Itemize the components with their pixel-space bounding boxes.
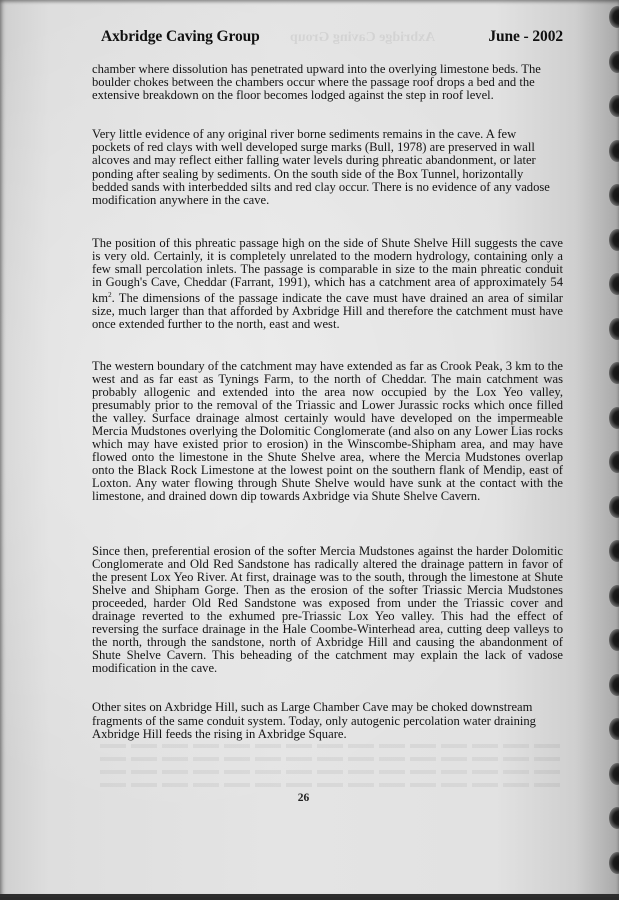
binding-hole-icon [609,95,619,117]
binding-hole-icon [609,763,619,785]
binding-hole-icon [609,6,619,28]
binding-hole-icon [609,540,619,562]
binding-hole-icon [609,273,619,295]
paragraph-text: . The dimensions of the passage indicate… [92,291,563,331]
binding-hole-icon [609,585,619,607]
page-bottom-edge [0,894,619,897]
article-body: chamber where dissolution has penetrated… [92,63,563,741]
bleed-through-line [100,783,560,787]
spiral-binding-icon [601,0,619,900]
binding-hole-icon [609,451,619,473]
binding-hole-icon [609,852,619,874]
paragraph: chamber where dissolution has penetrated… [92,63,552,102]
bleed-through-line [100,770,560,774]
binding-hole-icon [609,496,619,518]
binding-hole-icon [609,140,619,162]
binding-hole-icon [609,229,619,251]
bleed-through-line [100,757,560,761]
binding-hole-icon [609,318,619,340]
bleed-through-line [100,744,560,748]
paragraph: The position of this phreatic passage hi… [92,237,563,332]
organization-name: Axbridge Caving Group [101,28,260,46]
binding-hole-icon [609,674,619,696]
page-number: 26 [0,792,619,804]
paragraph: Very little evidence of any original riv… [92,128,552,207]
paragraph: The western boundary of the catchment ma… [92,360,563,504]
binding-hole-icon [609,51,619,73]
issue-date: June - 2002 [488,28,563,46]
binding-hole-icon [609,184,619,206]
binding-hole-icon [609,629,619,651]
binding-hole-icon [609,407,619,429]
page-header: Axbridge Caving Group June - 2002 [101,28,563,46]
binding-hole-icon [609,362,619,384]
binding-hole-icon [609,718,619,740]
binding-hole-icon [609,807,619,829]
paragraph: Since then, preferential erosion of the … [92,545,563,676]
bleed-through-text [100,735,560,796]
document-page: Axbridge Caving Group Axbridge Caving Gr… [0,0,619,897]
